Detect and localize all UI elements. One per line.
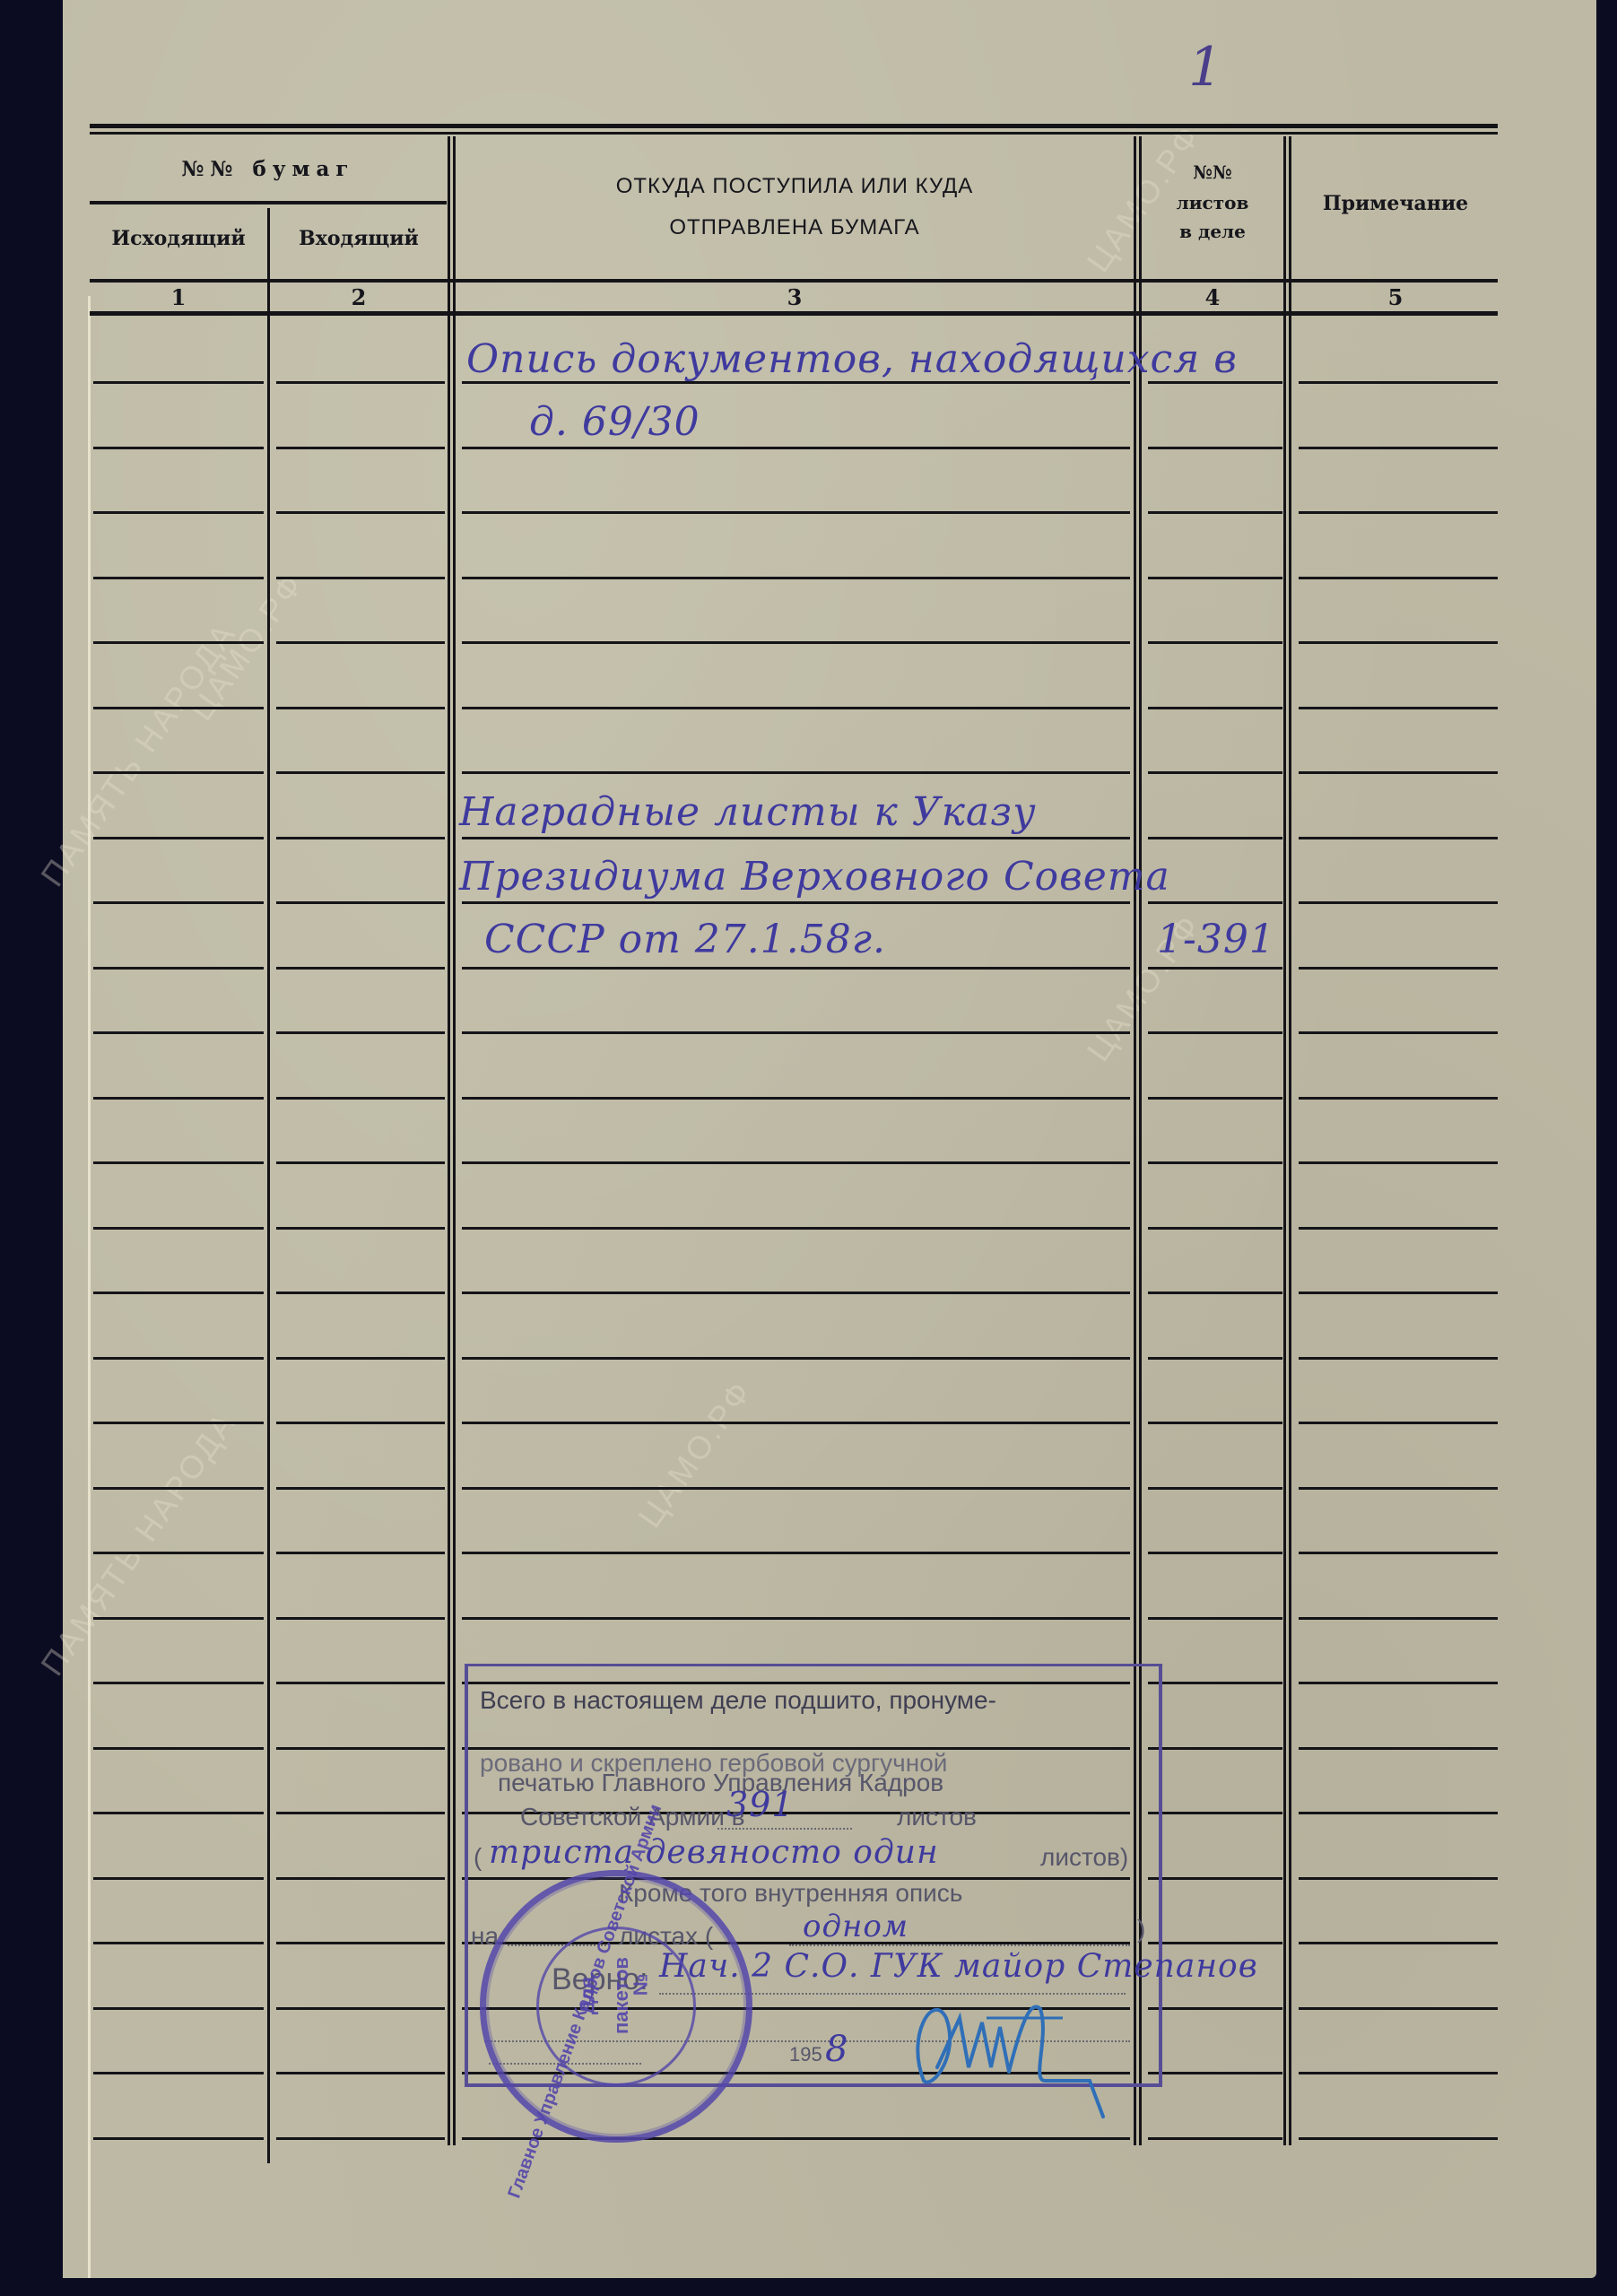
row-rule (1148, 1682, 1282, 1684)
row-rule (276, 1552, 445, 1554)
row-rule (1148, 771, 1282, 774)
column-number: 3 (456, 284, 1134, 310)
row-rule (93, 2072, 264, 2074)
row-rule (93, 2137, 264, 2140)
row-rule (93, 1552, 264, 1554)
row-rule (93, 641, 264, 644)
row-rule (1148, 1747, 1282, 1750)
row-rule (93, 1161, 264, 1164)
row-rule (462, 967, 1130, 970)
row-rule (1299, 577, 1498, 579)
row-rule (1148, 837, 1282, 839)
row-rule (462, 1422, 1130, 1424)
certification-line-5-open: ( (474, 1843, 482, 1872)
row-rule (1299, 1031, 1498, 1034)
row-rule (1299, 707, 1498, 709)
row-rule (276, 447, 445, 449)
row-rule (93, 1812, 264, 1814)
dotted-field (789, 1944, 1130, 1946)
certification-sheet-count: 391 (726, 1785, 795, 1824)
row-rule (462, 1161, 1130, 1164)
row-rule (1299, 381, 1498, 384)
header-col4-line1: №№ (1143, 161, 1282, 183)
row-rule (1299, 1227, 1498, 1230)
certification-line-1: Всего в настоящем деле подшито, пронуме- (480, 1686, 996, 1715)
row-rule (93, 1877, 264, 1880)
column-number: 4 (1143, 284, 1282, 310)
column-divider (1283, 136, 1291, 2145)
row-rule (462, 1552, 1130, 1554)
row-rule (462, 1617, 1130, 1620)
column-number: 5 (1293, 284, 1498, 310)
certification-inner-inventory-sheets: одном (803, 1909, 908, 1944)
row-rule (93, 1097, 264, 1100)
row-rule (276, 577, 445, 579)
header-rule (90, 201, 447, 204)
row-rule (1148, 447, 1282, 449)
row-rule (276, 2072, 445, 2074)
row-rule (1299, 1812, 1498, 1814)
row-rule (1148, 1227, 1282, 1230)
row-rule (1148, 1097, 1282, 1100)
row-rule (1299, 1161, 1498, 1164)
entry-2-line-1: Наградные листы к Указу (459, 789, 1037, 835)
row-rule (462, 641, 1130, 644)
row-rule (1299, 1682, 1498, 1684)
row-rule (276, 901, 445, 904)
row-rule (93, 1357, 264, 1360)
row-rule (276, 1422, 445, 1424)
row-rule (276, 1487, 445, 1490)
row-rule (276, 1291, 445, 1294)
row-rule (462, 1487, 1130, 1490)
entry-1-line-1: Опись документов, находящихся в (466, 336, 1238, 382)
certification-sheet-count-words: триста девяносто один (489, 1834, 939, 1871)
row-rule (276, 381, 445, 384)
year-prefix: 195 (789, 2043, 822, 2066)
row-rule (276, 641, 445, 644)
header-col1: Исходящий (90, 227, 267, 250)
row-rule (1299, 2007, 1498, 2010)
column-number: 1 (90, 284, 267, 310)
top-rule (90, 132, 1498, 135)
row-rule (462, 837, 1130, 839)
row-rule (1148, 2137, 1282, 2140)
row-rule (1148, 511, 1282, 514)
row-rule (1299, 837, 1498, 839)
row-rule (93, 837, 264, 839)
header-col4-line2: листов (1143, 192, 1282, 213)
row-rule (276, 1682, 445, 1684)
row-rule (1148, 1357, 1282, 1360)
row-rule (1148, 1877, 1282, 1880)
row-rule (276, 707, 445, 709)
row-rule (1299, 1747, 1498, 1750)
row-rule (276, 1877, 445, 1880)
header-rule (90, 279, 1498, 283)
row-rule (1148, 2007, 1282, 2010)
row-rule (276, 771, 445, 774)
row-rule (1299, 1942, 1498, 1944)
row-rule (1299, 1422, 1498, 1424)
row-rule (93, 381, 264, 384)
row-rule (1148, 641, 1282, 644)
row-rule (1148, 1487, 1282, 1490)
entry-2-sheets: 1-391 (1157, 917, 1275, 962)
row-rule (93, 577, 264, 579)
row-rule (93, 2007, 264, 2010)
row-rule (93, 1617, 264, 1620)
signature-icon (897, 1982, 1148, 2126)
row-rule (1299, 511, 1498, 514)
row-rule (276, 1812, 445, 1814)
row-rule (462, 901, 1130, 904)
row-rule (1148, 2072, 1282, 2074)
certification-line-4-suffix: листов (897, 1803, 977, 1831)
row-rule (93, 1487, 264, 1490)
year-value: 8 (825, 2029, 848, 2070)
row-rule (1299, 1097, 1498, 1100)
row-rule (1299, 2137, 1498, 2140)
row-rule (462, 1097, 1130, 1100)
column-divider (448, 136, 456, 2145)
row-rule (1148, 707, 1282, 709)
row-rule (462, 577, 1130, 579)
header-group-title: №№ бумаг (90, 157, 447, 181)
row-rule (93, 1682, 264, 1684)
row-rule (93, 1422, 264, 1424)
top-rule (90, 124, 1498, 128)
row-rule (93, 771, 264, 774)
row-rule (93, 1227, 264, 1230)
row-rule (93, 1291, 264, 1294)
certification-line-3: печатью Главного Управления Кадров (498, 1769, 943, 1797)
certification-line-5-suffix: листов) (1040, 1843, 1128, 1872)
row-rule (93, 1031, 264, 1034)
row-rule (1299, 771, 1498, 774)
row-rule (462, 447, 1130, 449)
row-rule (1148, 1812, 1282, 1814)
header-col4-line3: в деле (1143, 221, 1282, 242)
row-rule (276, 1031, 445, 1034)
row-rule (93, 511, 264, 514)
row-rule (276, 1747, 445, 1750)
row-rule (1148, 1422, 1282, 1424)
dotted-field (717, 1828, 852, 1830)
row-rule (1148, 901, 1282, 904)
row-rule (462, 2137, 1130, 2140)
header-col3-line1: ОТКУДА ПОСТУПИЛА ИЛИ КУДА (456, 174, 1134, 199)
row-rule (1299, 447, 1498, 449)
row-rule (1148, 1291, 1282, 1294)
row-rule (462, 1227, 1130, 1230)
row-rule (1148, 1031, 1282, 1034)
row-rule (93, 447, 264, 449)
row-rule (93, 1942, 264, 1944)
entry-2-line-3: СССР от 27.1.58г. (484, 917, 886, 962)
row-rule (462, 1291, 1130, 1294)
row-rule (1148, 1942, 1282, 1944)
row-rule (462, 511, 1130, 514)
entry-1-line-2: д. 69/30 (529, 399, 700, 445)
row-rule (462, 771, 1130, 774)
row-rule (1148, 1552, 1282, 1554)
row-rule (276, 1357, 445, 1360)
row-rule (276, 967, 445, 970)
header-col3-line2: ОТПРАВЛЕНА БУМАГА (456, 215, 1134, 240)
seal-inner-line-3: № (629, 1974, 652, 1996)
entry-2-line-2: Президиума Верховного Совета (459, 854, 1170, 900)
header-col2: Входящий (271, 227, 447, 250)
row-rule (276, 2137, 445, 2140)
row-rule (276, 1161, 445, 1164)
row-rule (1299, 1552, 1498, 1554)
row-rule (93, 967, 264, 970)
row-rule (276, 1942, 445, 1944)
row-rule (462, 1357, 1130, 1360)
row-rule (462, 707, 1130, 709)
row-rule (276, 1227, 445, 1230)
row-rule (1299, 1357, 1498, 1360)
row-rule (1299, 2072, 1498, 2074)
row-rule (1299, 1291, 1498, 1294)
row-rule (1299, 641, 1498, 644)
row-rule (1148, 1161, 1282, 1164)
row-rule (462, 1031, 1130, 1034)
column-number: 2 (271, 284, 447, 310)
row-rule (1148, 1617, 1282, 1620)
header-col5: Примечание (1293, 192, 1498, 215)
row-rule (93, 1747, 264, 1750)
certification-line-4-prefix: Советской Армии в (520, 1803, 745, 1831)
row-rule (1148, 967, 1282, 970)
row-rule (1299, 1877, 1498, 1880)
row-rule (1299, 1487, 1498, 1490)
header-rule (90, 311, 1498, 316)
row-rule (1299, 1617, 1498, 1620)
certification-line-7-close: ) (1137, 1915, 1145, 1944)
row-rule (276, 837, 445, 839)
row-rule (276, 2007, 445, 2010)
row-rule (276, 511, 445, 514)
paper-fold (88, 296, 91, 2278)
row-rule (93, 901, 264, 904)
row-rule (93, 707, 264, 709)
row-rule (1299, 967, 1498, 970)
row-rule (1148, 577, 1282, 579)
row-rule (1299, 901, 1498, 904)
row-rule (276, 1617, 445, 1620)
sheet-number-mark: 1 (1188, 36, 1223, 99)
row-rule (276, 1097, 445, 1100)
column-divider (267, 208, 270, 2163)
